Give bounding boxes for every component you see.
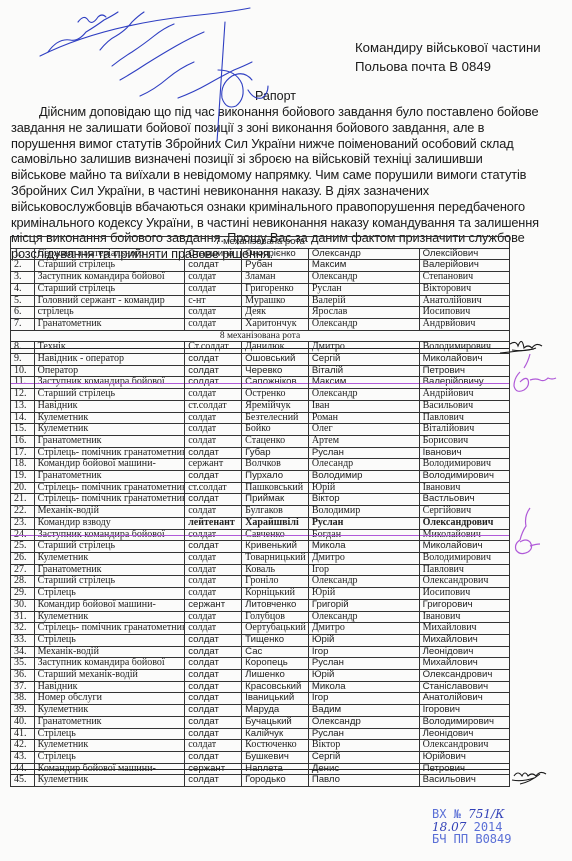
cell-patronymic: Володимирович [419,459,509,471]
cell-patronymic: Володимирович [419,342,509,354]
table-row: 1.Сержант з матеріальногоСтаршинаОнопріє… [11,248,510,260]
cell-num: 32. [11,623,35,635]
cell-name: Артем [308,435,419,447]
cell-rank: солдат [185,634,242,646]
cell-position: Стрілець- помічник гранатометника [34,482,185,494]
cell-position: Гранатометник [34,716,185,728]
cell-patronymic: Володимирович [419,471,509,483]
cell-rank: сержант [185,459,242,471]
cell-rank: солдат [185,705,242,717]
cell-num: 1. [11,248,35,260]
roster-table: 7 механізована рота1.Сержант з матеріаль… [10,236,510,787]
cell-name: Володимир [308,471,419,483]
cell-rank: солдат [185,564,242,576]
table-row: 32.Стрілець- помічник гранатометникасолд… [11,623,510,635]
cell-position: Оператор [34,365,185,377]
cell-surname: Пашковський [242,482,309,494]
cell-patronymic: Андрвйович [419,318,509,330]
cell-surname: Стаценко [242,435,309,447]
cell-rank: солдат [185,471,242,483]
cell-surname: Наплета [242,763,309,775]
cell-rank: солдат [185,681,242,693]
cell-rank: солдат [185,751,242,763]
cell-position: Механік-водій [34,506,185,518]
table-row: 16.ГранатометниксолдатСтаценкоАртемБорис… [11,435,510,447]
cell-name: Олександр [308,576,419,588]
cell-patronymic: Валерійовичу [419,377,509,389]
addressee-block: Командиру військової частини Польова поч… [355,38,541,76]
cell-position: Стрілець- помічник гранатометника [34,494,185,506]
cell-surname: Приймак [242,494,309,506]
cell-surname: Красовський [242,681,309,693]
cell-surname: Голубцов [242,611,309,623]
cell-num: 24. [11,529,35,541]
cell-rank: солдат [185,272,242,284]
cell-name: Юрій [308,670,419,682]
cell-num: 41. [11,728,35,740]
cell-position: Гранатометник [34,564,185,576]
cell-name: Володимир [308,506,419,518]
cell-rank: солдат [185,716,242,728]
table-row: 28.Старший стрілецьсолдатГронілоОлександ… [11,576,510,588]
cell-patronymic: Олександрович [419,670,509,682]
cell-rank: солдат [185,623,242,635]
cell-name: Олександр [308,318,419,330]
cell-surname: Городько [242,775,309,787]
cell-num: 29. [11,588,35,600]
cell-name: Максим [308,260,419,272]
cell-name: Дмитро [308,623,419,635]
cell-rank: сержант [185,763,242,775]
cell-num: 34. [11,646,35,658]
cell-name: Руслан [308,517,419,529]
cell-num: 16. [11,435,35,447]
cell-rank: ст.солдат [185,400,242,412]
table-row: 41.СтрілецьсолдатКалійчукРусланЛеонідови… [11,728,510,740]
cell-surname: Пурхало [242,471,309,483]
cell-patronymic: Олексійович [419,248,509,260]
addressee-line: Командиру військової частини [355,38,541,57]
cell-patronymic: Олександрович [419,740,509,752]
cell-patronymic: Юрійович [419,751,509,763]
table-row: 43.СтрілецьсолдатБушкевичСергійЮрійович [11,751,510,763]
cell-surname: Бушкевич [242,751,309,763]
cell-position: Командир бойової машини- [34,599,185,611]
table-row: 25.Старший стрілецьсолдатКривенькийМикол… [11,541,510,553]
cell-patronymic: Володимирович [419,552,509,564]
cell-num: 13. [11,400,35,412]
cell-position: Старший стрілець [34,576,185,588]
cell-rank: солдат [185,658,242,670]
cell-position: Заступник командира бойової [34,377,185,389]
cell-position: Механік-водій [34,646,185,658]
cell-surname: Харайшвілі [242,517,309,529]
table-row: 20.Стрілець- помічник гранатометникаст.с… [11,482,510,494]
cell-num: 3. [11,272,35,284]
cell-patronymic: Миколайович [419,354,509,366]
table-row: 44.Командир бойової машини-сержантНаплет… [11,763,510,775]
table-row: 18.Командир бойової машини-сержантВолчко… [11,459,510,471]
table-row: 17.Стрілець- помічник гранатометникасолд… [11,447,510,459]
cell-num: 44. [11,763,35,775]
cell-position: Заступник командира бойової [34,529,185,541]
cell-surname: Кривенький [242,541,309,553]
table-row: 4.Старший стрілецьсолдатГригоренкоРуслан… [11,283,510,295]
cell-num: 36. [11,670,35,682]
cell-patronymic: Олександрович [419,517,509,529]
cell-num: 26. [11,552,35,564]
table-row: 42.КулеметниксолдатКостюченкоВікторОлекс… [11,740,510,752]
table-row: 19.ГранатометниксолдатПурхалоВолодимирВо… [11,471,510,483]
cell-num: 11. [11,377,35,389]
cell-rank: солдат [185,354,242,366]
cell-patronymic: Сергійович [419,506,509,518]
cell-rank: солдат [185,412,242,424]
cell-patronymic: Вастльович [419,494,509,506]
section-header: 8 механізована рота [11,330,510,342]
cell-rank: солдат [185,576,242,588]
cell-surname: Маруда [242,705,309,717]
table-row: 27.ГранатометниксолдатКовальІгорПавлович [11,564,510,576]
cell-surname: Данилюк [242,342,309,354]
cell-surname: Іваницький [242,693,309,705]
cell-rank: солдат [185,365,242,377]
cell-position: Командир бойової машини- [34,459,185,471]
cell-rank: солдат [185,424,242,436]
cell-surname: Григоренко [242,283,309,295]
cell-position: Кулеметник [34,552,185,564]
table-row: 30.Командир бойової машини-сержантЛитовч… [11,599,510,611]
table-row: 2.Старший стрілецьсолдатРубанМаксимВалер… [11,260,510,272]
cell-num: 19. [11,471,35,483]
cell-surname: Онопрієнко [242,248,309,260]
table-row: 11.Заступник командира бойовоїсолдатСапо… [11,377,510,389]
cell-surname: Корніцький [242,588,309,600]
addressee-line: Польова почта В 0849 [355,57,541,76]
cell-patronymic: Степанович [419,272,509,284]
cell-surname: Харитончук [242,318,309,330]
cell-patronymic: Анатолійович [419,693,509,705]
table-row: 37.НавідниксолдатКрасовськийМиколаСтаніс… [11,681,510,693]
cell-num: 27. [11,564,35,576]
cell-patronymic: Леонідович [419,728,509,740]
section-title: 8 механізована рота [11,330,510,342]
cell-surname: Губар [242,447,309,459]
cell-num: 9. [11,354,35,366]
cell-name: Іван [308,400,419,412]
cell-surname: Бучацький [242,716,309,728]
cell-patronymic: Михайлович [419,634,509,646]
cell-name: Вадим [308,705,419,717]
cell-patronymic: Іванович [419,482,509,494]
cell-name: Олександр [308,611,419,623]
cell-patronymic: Павлович [419,412,509,424]
cell-surname: Литовченко [242,599,309,611]
table-row: 40.ГранатометниксолдатБучацькийОлександр… [11,716,510,728]
cell-surname: Костюченко [242,740,309,752]
document-title: Рапорт [255,89,296,103]
table-row: 5.Головний сержант - командирс-нтМурашко… [11,295,510,307]
cell-num: 45. [11,775,35,787]
cell-name: Денис [308,763,419,775]
cell-rank: солдат [185,646,242,658]
cell-surname: Зламан [242,272,309,284]
cell-name: Микола [308,541,419,553]
cell-surname: Безтелесний [242,412,309,424]
cell-patronymic: Миколайович [419,529,509,541]
cell-rank: Старшина [185,248,242,260]
cell-position: Навідник [34,681,185,693]
cell-rank: солдат [185,693,242,705]
section-header: 7 механізована рота [11,237,510,249]
cell-surname: Черевко [242,365,309,377]
cell-position: Старший стрілець [34,260,185,272]
cell-num: 42. [11,740,35,752]
cell-surname: Лишенко [242,670,309,682]
cell-num: 38. [11,693,35,705]
cell-rank: солдат [185,307,242,319]
cell-position: Стрілець [34,634,185,646]
cell-name: Максим [308,377,419,389]
table-row: 3.Заступник командира бойовоїсолдатЗлама… [11,272,510,284]
cell-name: Олег [308,424,419,436]
cell-rank: лейтенант [185,517,242,529]
cell-position: Командир взводу [34,517,185,529]
cell-rank: солдат [185,740,242,752]
signature-row-11 [514,354,556,391]
cell-position: Старший стрілець [34,389,185,401]
cell-position: Старший стрілець [34,541,185,553]
cell-name: Микола [308,681,419,693]
table-row: 24.Заступник командира бойовоїсолдатСавч… [11,529,510,541]
cell-surname: Коваль [242,564,309,576]
cell-name: Сергій [308,354,419,366]
cell-num: 37. [11,681,35,693]
cell-surname: Тищенко [242,634,309,646]
cell-name: Віктор [308,740,419,752]
cell-position: Заступник командира бойової [34,658,185,670]
cell-patronymic: Григорович [419,599,509,611]
table-row: 10.ОператорсолдатЧеревкоВіталійПетрович [11,365,510,377]
cell-name: Сергій [308,751,419,763]
cell-num: 10. [11,365,35,377]
cell-rank: солдат [185,447,242,459]
cell-surname: Волчков [242,459,309,471]
cell-patronymic: Леонідович [419,646,509,658]
cell-position: Навідник - оператор [34,354,185,366]
cell-num: 20. [11,482,35,494]
cell-name: Григорій [308,599,419,611]
cell-name: Руслан [308,728,419,740]
cell-num: 30. [11,599,35,611]
cell-rank: солдат [185,506,242,518]
cell-position: Стрілець [34,751,185,763]
cell-position: Стрілець [34,728,185,740]
section-title: 7 механізована рота [11,237,510,249]
table-row: 21.Стрілець- помічник гранатометникасолд… [11,494,510,506]
cell-patronymic: Петрович [419,365,509,377]
cell-name: Олесандр [308,459,419,471]
cell-patronymic: Йосипович [419,307,509,319]
cell-surname: Сас [242,646,309,658]
cell-num: 4. [11,283,35,295]
cell-name: Юрій [308,588,419,600]
cell-name: Дмитро [308,552,419,564]
cell-position: Гранатометник [34,318,185,330]
cell-position: Кулеметник [34,775,185,787]
cell-name: Ярослав [308,307,419,319]
cell-rank: солдат [185,670,242,682]
cell-patronymic: Віталійович [419,424,509,436]
cell-surname: Деяк [242,307,309,319]
cell-rank: солдат [185,435,242,447]
cell-rank: солдат [185,552,242,564]
cell-position: Гранатометник [34,435,185,447]
cell-patronymic: Йосипович [419,588,509,600]
cell-name: Віктор [308,494,419,506]
cell-num: 23. [11,517,35,529]
cell-position: Командир бойової машини- [34,763,185,775]
cell-surname: Савченко [242,529,309,541]
cell-patronymic: Борисович [419,435,509,447]
table-row: 33.СтрілецьсолдатТищенкоЮрійМихайлович [11,634,510,646]
cell-surname: Ошовський [242,354,309,366]
cell-name: Юрій [308,482,419,494]
cell-patronymic: Вікторович [419,283,509,295]
cell-position: Сержант з матеріального [34,248,185,260]
cell-num: 28. [11,576,35,588]
table-row: 36.Старший механік-водійсолдатЛишенкоЮрі… [11,670,510,682]
cell-rank: солдат [185,611,242,623]
table-row: 45.КулеметниксолдатГородькоПавлоВасильов… [11,775,510,787]
cell-name: Ігор [308,646,419,658]
cell-num: 40. [11,716,35,728]
cell-position: Кулеметник [34,611,185,623]
cell-rank: солдат [185,494,242,506]
cell-patronymic: Петрович [419,763,509,775]
table-row: 22.Механік-водійсолдатБулгаковВолодимирС… [11,506,510,518]
cell-rank: солдат [185,389,242,401]
cell-name: Олександр [308,716,419,728]
cell-surname: Бойко [242,424,309,436]
table-row: 35.Заступник командира бойовоїсолдатКоро… [11,658,510,670]
cell-num: 43. [11,751,35,763]
cell-name: Олександр [308,389,419,401]
cell-num: 25. [11,541,35,553]
cell-patronymic: Михайлович [419,623,509,635]
cell-num: 35. [11,658,35,670]
cell-num: 5. [11,295,35,307]
table-row: 7.ГранатометниксолдатХаритончукОлександр… [11,318,510,330]
cell-num: 17. [11,447,35,459]
cell-surname: Сапожніков [242,377,309,389]
cell-name: Дмитро [308,342,419,354]
cell-num: 18. [11,459,35,471]
cell-position: стрілець [34,307,185,319]
cell-patronymic: Олександрович [419,576,509,588]
cell-patronymic: Павлович [419,564,509,576]
table-row: 34.Механік-водійсолдатСасІгорЛеонідович [11,646,510,658]
registration-stamp: ВХ № 751/К 18.07 2014 БЧ ПП В0849 [432,808,511,846]
cell-rank: солдат [185,377,242,389]
cell-position: Кулеметник [34,424,185,436]
cell-name: Юрій [308,634,419,646]
signature-row-24 [516,508,541,554]
table-row: 12.Старший стрілецьсолдатОстренкоОлексан… [11,389,510,401]
cell-position: Заступник командира бойової [34,272,185,284]
cell-patronymic: Васильович [419,775,509,787]
cell-name: Віталій [308,365,419,377]
cell-num: 21. [11,494,35,506]
cell-patronymic: Станіславович [419,681,509,693]
cell-name: Руслан [308,447,419,459]
table-row: 13.Навідникст.солдатЯремійчукІванВасильо… [11,400,510,412]
cell-rank: солдат [185,260,242,272]
cell-patronymic: Валерійович [419,260,509,272]
table-row: 29.СтрілецьсолдатКорніцькийЮрійЙосипович [11,588,510,600]
cell-patronymic: Васильович [419,400,509,412]
cell-position: Гранатометник [34,471,185,483]
table-row: 9.Навідник - операторсолдатОшовськийСерг… [11,354,510,366]
cell-position: Номер обслуги [34,693,185,705]
cell-position: Кулеметник [34,412,185,424]
cell-rank: с-нт [185,295,242,307]
cell-patronymic: Іванович [419,611,509,623]
cell-num: 33. [11,634,35,646]
table-row: 39.КулеметниксолдатМарудаВадимІгорович [11,705,510,717]
cell-patronymic: Анатолійович [419,295,509,307]
cell-position: Стрілець- помічник гранатометника [34,447,185,459]
cell-patronymic: Ігорович [419,705,509,717]
cell-num: 22. [11,506,35,518]
table-row: 8.ТехнікСт.солдатДанилюкДмитроВолодимиро… [11,342,510,354]
cell-surname: Яремійчук [242,400,309,412]
cell-name: Валерій [308,295,419,307]
table-row: 38.Номер обслугисолдатІваницькийІгорАнат… [11,693,510,705]
cell-position: Стрілець [34,588,185,600]
cell-name: Олександр [308,272,419,284]
cell-num: 31. [11,611,35,623]
cell-rank: сержант [185,599,242,611]
cell-rank: солдат [185,283,242,295]
table-row: 23.Командир взводулейтенантХарайшвіліРус… [11,517,510,529]
cell-position: Кулеметник [34,705,185,717]
cell-rank: Ст.солдат [185,342,242,354]
cell-position: Навідник [34,400,185,412]
cell-surname: Калійчук [242,728,309,740]
cell-rank: солдат [185,728,242,740]
cell-name: Ігор [308,693,419,705]
cell-name: Павло [308,775,419,787]
cell-num: 15. [11,424,35,436]
cell-surname: Остренко [242,389,309,401]
table-row: 15.КулеметниксолдатБойкоОлегВіталійович [11,424,510,436]
cell-surname: Гроніло [242,576,309,588]
cell-surname: Булгаков [242,506,309,518]
cell-num: 6. [11,307,35,319]
table-row: 6.стрілецьсолдатДеякЯрославЙосипович [11,307,510,319]
cell-name: Ігор [308,564,419,576]
cell-patronymic: Миколайович [419,541,509,553]
cell-position: Старший механік-водій [34,670,185,682]
cell-num: 8. [11,342,35,354]
cell-surname: Рубан [242,260,309,272]
table-row: 26.КулеметниксолдатТоварницькийДмитроВол… [11,552,510,564]
cell-position: Старший стрілець [34,283,185,295]
cell-num: 14. [11,412,35,424]
table-row: 31.КулеметниксолдатГолубцовОлександрІван… [11,611,510,623]
cell-rank: солдат [185,588,242,600]
